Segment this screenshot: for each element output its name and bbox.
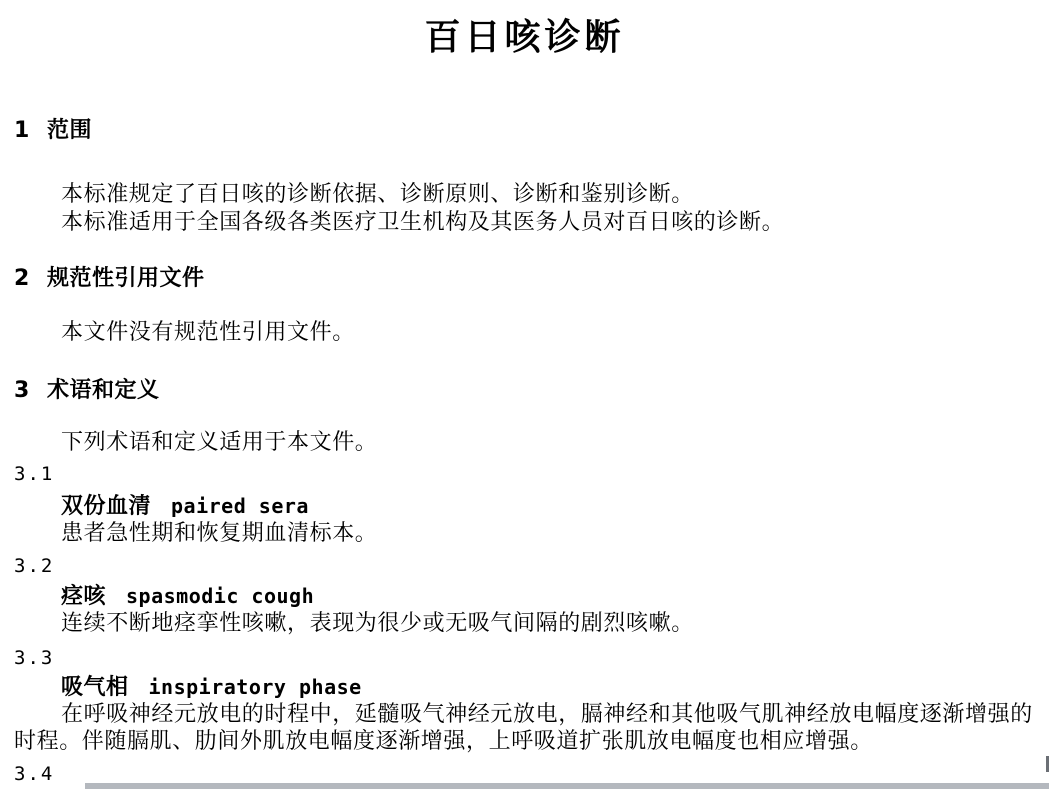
- section-1-paragraph-2: 本标准适用于全国各级各类医疗卫生机构及其医务人员对百日咳的诊断。: [14, 208, 784, 236]
- term-3-1-definition: 患者急性期和恢复期血清标本。: [14, 519, 377, 547]
- term-3-3-name-cn: 吸气相: [61, 675, 129, 700]
- term-3-1-name-cn: 双份血清: [61, 494, 151, 519]
- term-3-1-name-en: paired sera: [171, 494, 309, 518]
- document-page: 百日咳诊断 1范围 本标准规定了百日咳的诊断依据、诊断原则、诊断和鉴别诊断。 本…: [0, 0, 1049, 789]
- term-3-2-definition: 连续不断地痉挛性咳嗽，表现为很少或无吸气间隔的剧烈咳嗽。: [14, 609, 694, 637]
- section-1-number: 1: [14, 117, 47, 145]
- term-3-2-number: 3.2: [14, 553, 54, 579]
- page-title: 百日咳诊断: [0, 16, 1049, 60]
- section-3-intro: 下列术语和定义适用于本文件。: [14, 428, 377, 456]
- term-3-3-number: 3.3: [14, 645, 54, 671]
- term-3-3-definition-line-2: 时程。伴随膈肌、肋间外肌放电幅度逐渐增强，上呼吸道扩张肌放电幅度也相应增强。: [14, 727, 873, 755]
- section-2-heading-label: 规范性引用文件: [47, 266, 205, 291]
- term-3-1-number: 3.1: [14, 461, 54, 487]
- section-1-heading: 1范围: [14, 117, 92, 145]
- section-3-heading: 3术语和定义: [14, 377, 160, 405]
- section-3-number: 3: [14, 377, 47, 405]
- bottom-edge-bar: [85, 783, 1049, 789]
- section-2-paragraph-1: 本文件没有规范性引用文件。: [14, 318, 355, 346]
- section-1-heading-label: 范围: [47, 118, 92, 143]
- section-2-heading: 2规范性引用文件: [14, 265, 205, 293]
- term-3-3-definition-line-1: 在呼吸神经元放电的时程中，延髓吸气神经元放电，膈神经和其他吸气肌神经放电幅度逐渐…: [14, 700, 1033, 728]
- term-3-3-name-en: inspiratory phase: [149, 675, 362, 699]
- term-3-2-name-en: spasmodic cough: [126, 584, 314, 608]
- term-3-2-name-cn: 痉咳: [61, 584, 106, 609]
- section-2-number: 2: [14, 265, 47, 293]
- section-3-heading-label: 术语和定义: [47, 378, 160, 403]
- term-3-4-number: 3.4: [14, 761, 54, 787]
- section-1-paragraph-1: 本标准规定了百日咳的诊断依据、诊断原则、诊断和鉴别诊断。: [14, 180, 694, 208]
